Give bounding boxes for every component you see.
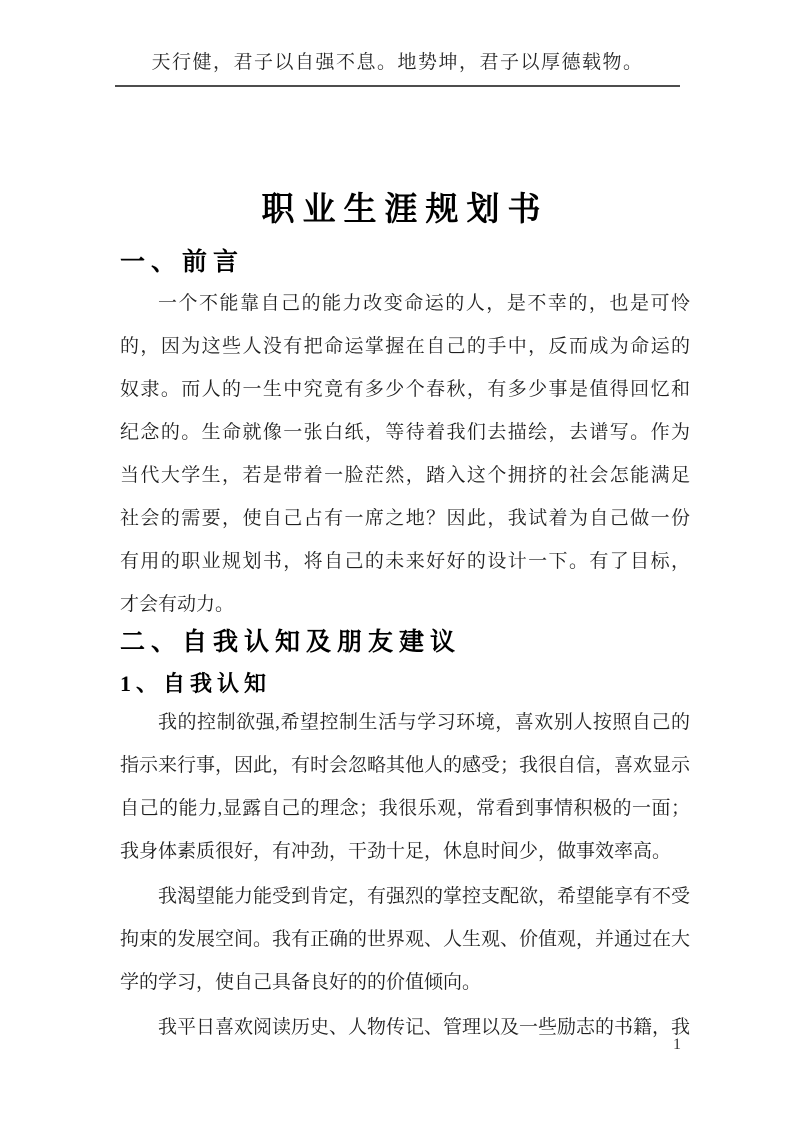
header-motto: 天行健，君子以自强不息。地势坤，君子以厚德载物。 xyxy=(115,50,680,76)
paragraph-line: 自己的能力,显露自己的理念；我很乐观，常看到事情积极的一面； xyxy=(120,787,690,830)
paragraph: 我渴望能力能受到肯定，有强烈的掌控支配欲，希望能享有不受 拘束的发展空间。我有正… xyxy=(120,875,690,1004)
paragraph-line: 纪念的。生命就像一张白纸，等待着我们去描绘，去谱写。作为 xyxy=(120,411,690,454)
paragraph-line: 我身体素质很好，有冲劲，干劲十足，休息时间少，做事效率高。 xyxy=(120,830,690,873)
document-body: 职业生涯规划书 一、前言 一个不能靠自己的能力改变命运的人，是不幸的，也是可怜 … xyxy=(120,187,690,1049)
page-header: 天行健，君子以自强不息。地势坤，君子以厚德载物。 xyxy=(115,0,680,87)
paragraph-line: 有用的职业规划书，将自己的未来好好的设计一下。有了目标， xyxy=(120,540,690,583)
section-heading-self-cognition: 二、自我认知及朋友建议 xyxy=(120,626,690,660)
paragraph-line: 才会有动力。 xyxy=(120,583,690,626)
document-title: 职业生涯规划书 xyxy=(120,187,690,233)
paragraph-line: 的，因为这些人没有把命运掌握在自己的手中，反而成为命运的 xyxy=(120,325,690,368)
document-page: 天行健，君子以自强不息。地势坤，君子以厚德载物。 职业生涯规划书 一、前言 一个… xyxy=(0,0,793,1122)
paragraph-line: 我的控制欲强,希望控制生活与学习环境，喜欢别人按照自己的 xyxy=(120,701,690,744)
paragraph: 我平日喜欢阅读历史、人物传记、管理以及一些励志的书籍，我 xyxy=(120,1006,690,1049)
paragraph-line: 奴隶。而人的一生中究竟有多少个春秋，有多少事是值得回忆和 xyxy=(120,368,690,411)
paragraph-line: 指示来行事，因此，有时会忽略其他人的感受；我很自信，喜欢显示 xyxy=(120,744,690,787)
paragraph-line: 学的学习，使自己具备良好的的价值倾向。 xyxy=(120,961,690,1004)
section-heading-preface: 一、前言 xyxy=(120,246,690,280)
paragraph-line: 我平日喜欢阅读历史、人物传记、管理以及一些励志的书籍，我 xyxy=(120,1006,690,1049)
paragraph: 我的控制欲强,希望控制生活与学习环境，喜欢别人按照自己的 指示来行事，因此，有时… xyxy=(120,701,690,873)
paragraph-line: 当代大学生，若是带着一脸茫然，踏入这个拥挤的社会怎能满足 xyxy=(120,454,690,497)
paragraph-line: 社会的需要，使自己占有一席之地？因此，我试着为自己做一份 xyxy=(120,497,690,540)
paragraph: 一个不能靠自己的能力改变命运的人，是不幸的，也是可怜 的，因为这些人没有把命运掌… xyxy=(120,282,690,626)
paragraph-line: 拘束的发展空间。我有正确的世界观、人生观、价值观，并通过在大 xyxy=(120,918,690,961)
paragraph-line: 一个不能靠自己的能力改变命运的人，是不幸的，也是可怜 xyxy=(120,282,690,325)
paragraph-line: 我渴望能力能受到肯定，有强烈的掌控支配欲，希望能享有不受 xyxy=(120,875,690,918)
subsection-heading-self-cognition: 1、自我认知 xyxy=(120,669,690,699)
page-number: 1 xyxy=(673,1034,681,1056)
